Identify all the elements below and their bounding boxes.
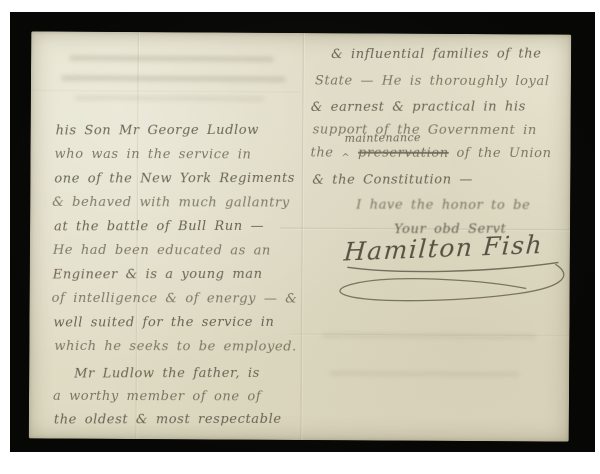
handwritten-line: which he seeks to be employed. — [54, 340, 297, 354]
handwritten-line: his Son Mr George Ludlow — [56, 124, 259, 138]
handwritten-line: State — He is thoroughly loyal — [315, 74, 550, 88]
handwritten-line: a worthy member of one of — [53, 390, 261, 404]
amended-before: the — [310, 145, 333, 160]
letter-page-right: & influential families of the State — He… — [299, 33, 571, 442]
handwritten-line: He had been educated as an — [53, 244, 271, 258]
ghost-writing — [329, 371, 519, 377]
handwritten-line: & behaved with much gallantry — [52, 196, 290, 210]
insertion-caret-icon: ^ — [341, 154, 350, 164]
closing-line: I have the honor to be — [356, 199, 530, 212]
signature-flourish — [330, 257, 575, 310]
handwritten-line: & influential families of the — [331, 48, 541, 62]
handwritten-line: who was in the service in — [54, 148, 251, 162]
inserted-word: maintenance — [345, 131, 421, 145]
amended-after: of the Union — [456, 146, 551, 161]
handwritten-line-amended: the ^ preservation of the Union — [310, 146, 551, 160]
handwritten-line: & earnest & practical in his — [311, 100, 526, 114]
handwritten-line: & the Constitution — — [312, 173, 473, 186]
handwritten-line: of intelligence & of energy — & — [52, 292, 298, 306]
letter-page-left: his Son Mr George Ludlow who was in the … — [29, 31, 301, 440]
scanned-letter-photo: his Son Mr George Ludlow who was in the … — [0, 0, 600, 474]
photo-mat: his Son Mr George Ludlow who was in the … — [10, 12, 595, 452]
letter-paper: his Son Mr George Ludlow who was in the … — [29, 31, 571, 441]
handwritten-line: well suited for the service in — [53, 316, 274, 330]
ghost-writing — [321, 333, 536, 339]
handwritten-line: one of the New York Regiments — [54, 172, 295, 186]
handwritten-line: Mr Ludlow the father, is — [74, 367, 260, 380]
handwritten-line: at the battle of Bull Run — — [54, 220, 264, 234]
struck-word: preservation — [358, 146, 449, 161]
handwritten-line: the oldest & most respectable — [54, 413, 282, 427]
handwritten-line: Engineer & is a young man — [53, 268, 263, 282]
